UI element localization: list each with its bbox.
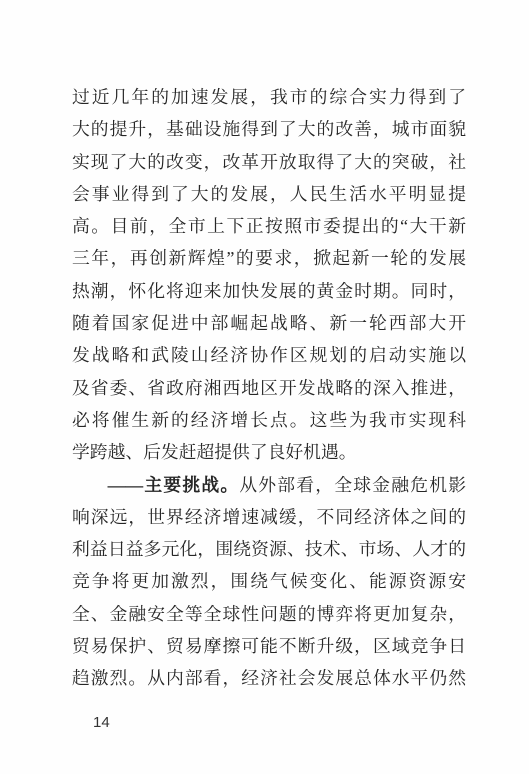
text-line: 三年，再创新辉煌”的要求，掀起新一轮的发展 xyxy=(72,242,466,274)
body-text: 过近几年的加速发展，我市的综合实力得到了 大的提升，基础设施得到了大的改善，城市… xyxy=(72,81,466,695)
text-line: 必将催生新的经济增长点。这些为我市实现科 xyxy=(72,404,466,436)
text-line: 趋激烈。从内部看，经济社会发展总体水平仍然 xyxy=(72,662,466,694)
text-line: 高。目前，全市上下正按照市委提出的“大干新 xyxy=(72,210,466,242)
challenge-first-line-text: 从外部看，全球金融危机影 xyxy=(239,475,466,495)
text-line-paragraph-end: 学跨越、后发赶超提供了良好机遇。 xyxy=(72,436,466,468)
text-line: 发战略和武陵山经济协作区规划的启动实施以 xyxy=(72,339,466,371)
page-number: 14 xyxy=(93,714,110,732)
text-line: 竞争将更加激烈，围绕气候变化、能源资源安 xyxy=(72,565,466,597)
text-line: 响深远，世界经济增速减缓，不同经济体之间的 xyxy=(72,501,466,533)
text-line: 过近几年的加速发展，我市的综合实力得到了 xyxy=(72,81,466,113)
text-line-challenge-start: ——主要挑战。从外部看，全球金融危机影 xyxy=(72,469,466,501)
text-line: 实现了大的改变，改革开放取得了大的突破，社 xyxy=(72,146,466,178)
text-line: 及省委、省政府湘西地区开发战略的深入推进， xyxy=(72,372,466,404)
text-line: 随着国家促进中部崛起战略、新一轮西部大开 xyxy=(72,307,466,339)
text-line: 热潮，怀化将迎来加快发展的黄金时期。同时， xyxy=(72,275,466,307)
text-line: 全、金融安全等全球性问题的博弈将更加复杂， xyxy=(72,598,466,630)
text-line: 会事业得到了大的发展，人民生活水平明显提 xyxy=(72,178,466,210)
text-line: 利益日益多元化，围绕资源、技术、市场、人才的 xyxy=(72,533,466,565)
challenge-heading: ——主要挑战。 xyxy=(108,475,240,495)
text-line: 大的提升，基础设施得到了大的改善，城市面貌 xyxy=(72,113,466,145)
document-page: 过近几年的加速发展，我市的综合实力得到了 大的提升，基础设施得到了大的改善，城市… xyxy=(0,0,529,774)
text-line: 贸易保护、贸易摩擦可能不断升级，区域竞争日 xyxy=(72,630,466,662)
